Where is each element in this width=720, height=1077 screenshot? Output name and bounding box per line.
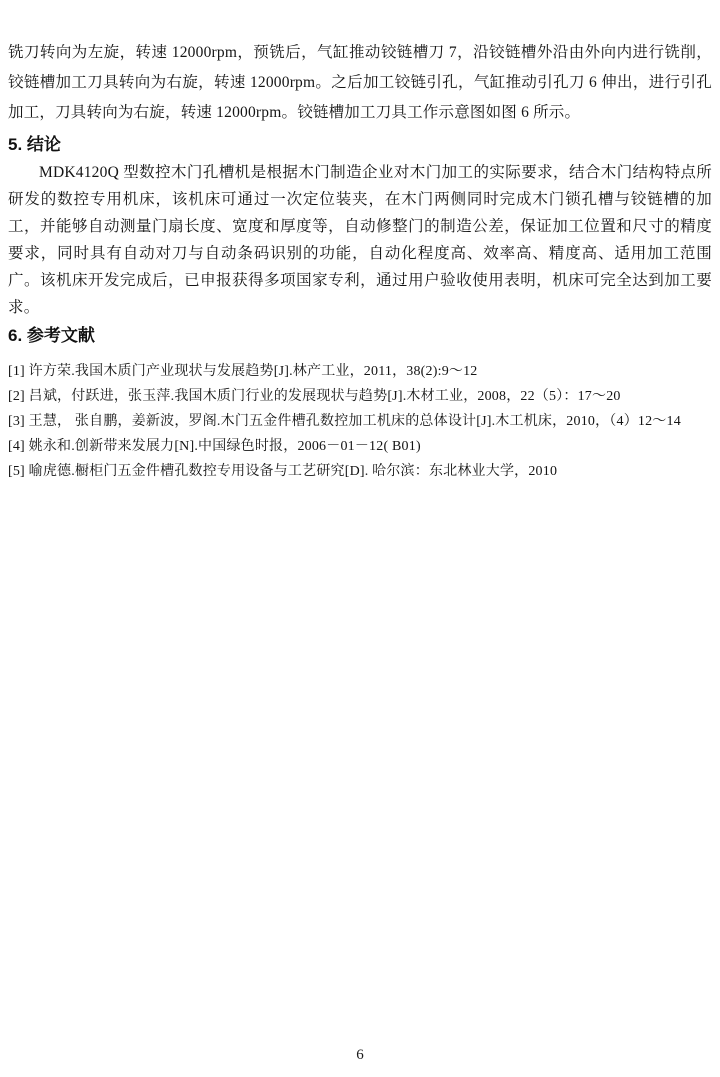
reference-item: [1] 许方荣.我国木质门产业现状与发展趋势[J].林产工业，2011，38(2… (8, 359, 712, 384)
references-heading: 6. 参考文献 (8, 325, 712, 347)
reference-item: [4] 姚永和.创新带来发展力[N].中国绿色时报，2006－01－12( B0… (8, 434, 712, 459)
reference-item: [3] 王慧， 张自鹏，姜新波，罗阁.木门五金件槽孔数控加工机床的总体设计[J]… (8, 409, 712, 434)
conclusion-paragraph: MDK4120Q 型数控木门孔槽机是根据木门制造企业对木门加工的实际要求，结合木… (8, 159, 712, 321)
reference-item: [5] 喻虎德.橱柜门五金件槽孔数控专用设备与工艺研究[D]. 哈尔滨：东北林业… (8, 459, 712, 484)
conclusion-heading: 5. 结论 (8, 134, 712, 156)
references-list: [1] 许方荣.我国木质门产业现状与发展趋势[J].林产工业，2011，38(2… (8, 359, 712, 484)
page-number: 6 (0, 1047, 720, 1064)
document-page: 铣刀转向为左旋，转速 12000rpm，预铣后，气缸推动铰链槽刀 7，沿铰链槽外… (0, 0, 720, 1077)
reference-item: [2] 吕斌，付跃进，张玉萍.我国木质门行业的发展现状与趋势[J].木材工业，2… (8, 384, 712, 409)
intro-paragraph: 铣刀转向为左旋，转速 12000rpm，预铣后，气缸推动铰链槽刀 7，沿铰链槽外… (8, 38, 712, 128)
